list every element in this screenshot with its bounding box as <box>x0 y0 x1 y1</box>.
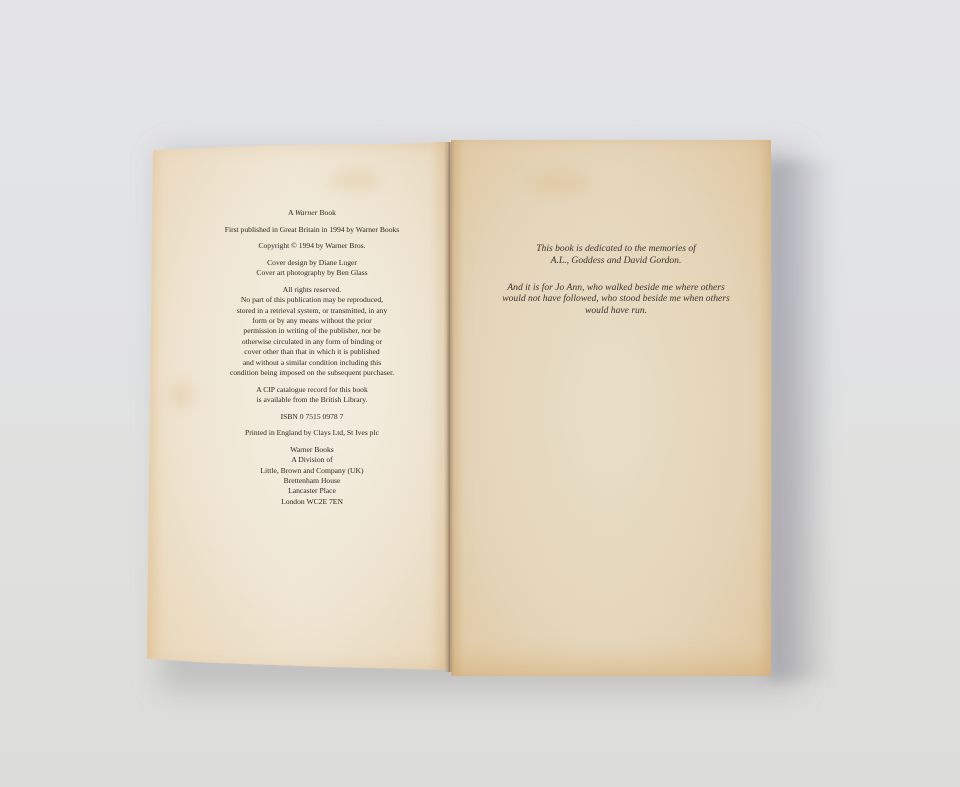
rights-line: All rights reserved. <box>283 285 341 294</box>
rights-line: and without a similar condition includin… <box>243 358 381 367</box>
right-page-dedication <box>451 140 771 676</box>
book-side-shadow <box>768 160 838 680</box>
rights-line: cover other than that in which it is pub… <box>244 347 379 356</box>
cover-art-line: Cover art photography by Ben Glass <box>256 268 367 277</box>
dedication-paragraph: This book is dedicated to the memories o… <box>462 243 770 267</box>
address-line: Warner Books <box>290 445 333 454</box>
rights-line: otherwise circulated in any form of bind… <box>242 337 382 346</box>
address-line: Lancaster Place <box>288 486 336 495</box>
dedication-line: would not have followed, who stood besid… <box>502 293 730 304</box>
cover-credits: Cover design by Diane Luger Cover art ph… <box>200 258 424 279</box>
first-published-line: First published in Great Britain in 1994… <box>200 225 424 235</box>
address-line: Brettenham House <box>284 476 341 485</box>
rights-line: permission in writing of the publisher, … <box>243 326 380 335</box>
copyright-text-block: A Warner Book First published in Great B… <box>200 208 424 513</box>
cip-line: is available from the British Library. <box>257 395 368 404</box>
paper-stain <box>330 170 380 190</box>
publisher-suffix: Book <box>318 208 336 217</box>
address-line: Little, Brown and Company (UK) <box>260 466 363 475</box>
paper-stain <box>530 172 590 194</box>
dedication-line: This book is dedicated to the memories o… <box>536 243 696 254</box>
publisher-line: A Warner Book <box>200 208 424 218</box>
dedication-text-block: This book is dedicated to the memories o… <box>462 243 770 332</box>
rights-line: form or by any means without the prior <box>252 316 372 325</box>
second-dedication-paragraph: And it is for Jo Ann, who walked beside … <box>462 282 770 317</box>
rights-line: stored in a retrieval system, or transmi… <box>237 306 388 315</box>
address-line: London WC2E 7EN <box>281 497 343 506</box>
address-line: A Division of <box>291 455 332 464</box>
publisher-name: Warner <box>295 208 318 217</box>
dedication-line: would have run. <box>585 305 647 316</box>
dedication-line: A.L., Goddess and David Gordon. <box>551 255 682 266</box>
isbn-line: ISBN 0 7515 0978 7 <box>200 412 424 422</box>
rights-paragraph: All rights reserved. No part of this pub… <box>200 285 424 379</box>
rights-line: condition being imposed on the subsequen… <box>230 368 394 377</box>
cover-design-line: Cover design by Diane Luger <box>267 258 357 267</box>
rights-line: No part of this publication may be repro… <box>241 295 383 304</box>
cip-paragraph: A CIP catalogue record for this book is … <box>200 385 424 406</box>
publisher-prefix: A <box>288 208 295 217</box>
printed-line: Printed in England by Clays Ltd, St Ives… <box>200 428 424 438</box>
dedication-line: And it is for Jo Ann, who walked beside … <box>507 282 724 293</box>
book-spine-gutter <box>444 142 454 672</box>
publisher-address: Warner Books A Division of Little, Brown… <box>200 445 424 507</box>
paper-stain <box>170 380 192 410</box>
cip-line: A CIP catalogue record for this book <box>256 385 368 394</box>
copyright-line: Copyright © 1994 by Warner Bros. <box>200 241 424 251</box>
photo-scene: A Warner Book First published in Great B… <box>0 0 960 787</box>
